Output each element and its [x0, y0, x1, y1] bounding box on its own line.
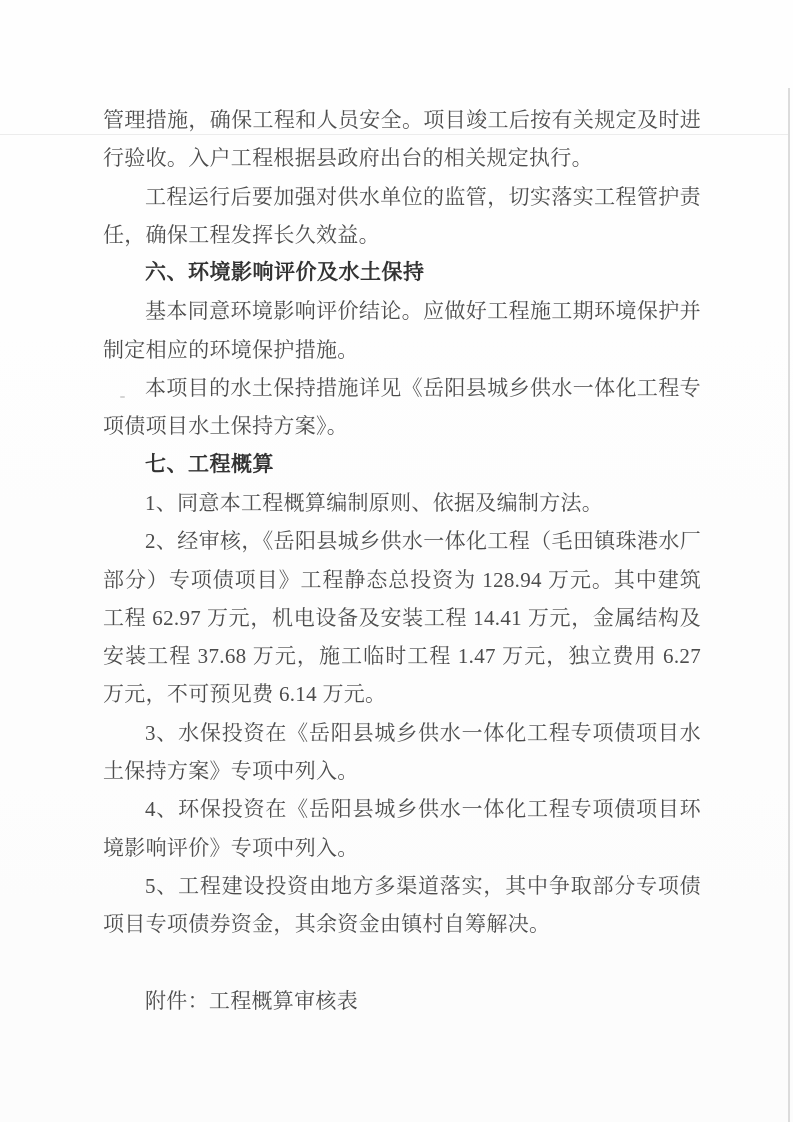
paragraph-budget-item-2-figures: 2、经审核，《岳阳县城乡供水一体化工程（毛田镇珠港水厂部分）专项债项目》工程静态…	[103, 522, 701, 713]
scan-artifact-vertical-line	[788, 88, 790, 1122]
document-page: 管理措施，确保工程和人员安全。项目竣工后按有关规定及时进行验收。入户工程根据县政…	[0, 0, 793, 1122]
paragraph-continuation: 管理措施，确保工程和人员安全。项目竣工后按有关规定及时进行验收。入户工程根据县政…	[103, 101, 701, 178]
section-heading-six-environment: 六、环境影响评价及水土保持	[103, 254, 701, 292]
paragraph-budget-item-3: 3、水保投资在《岳阳县城乡供水一体化工程专项债项目水土保持方案》专项中列入。	[103, 714, 701, 791]
section-heading-seven-budget: 七、工程概算	[103, 446, 701, 484]
paragraph-budget-item-5: 5、工程建设投资由地方多渠道落实，其中争取部分专项债项目专项债券资金，其余资金由…	[103, 867, 701, 944]
paragraph-budget-item-1: 1、同意本工程概算编制原则、依据及编制方法。	[103, 484, 701, 522]
paragraph-budget-item-4: 4、环保投资在《岳阳县城乡供水一体化工程专项债项目环境影响评价》专项中列入。	[103, 790, 701, 867]
attachment-note: 附件：工程概算审核表	[103, 982, 701, 1020]
paragraph-operation-supervision: 工程运行后要加强对供水单位的监管，切实落实工程管护责任，确保工程发挥长久效益。	[103, 178, 701, 255]
document-body: 管理措施，确保工程和人员安全。项目竣工后按有关规定及时进行验收。入户工程根据县政…	[103, 101, 701, 1020]
paragraph-soil-water-plan: 本项目的水土保持措施详见《岳阳县城乡供水一体化工程专项债项目水土保持方案》。	[103, 369, 701, 446]
paragraph-environment-conclusion: 基本同意环境影响评价结论。应做好工程施工期环境保护并制定相应的环境保护措施。	[103, 292, 701, 369]
